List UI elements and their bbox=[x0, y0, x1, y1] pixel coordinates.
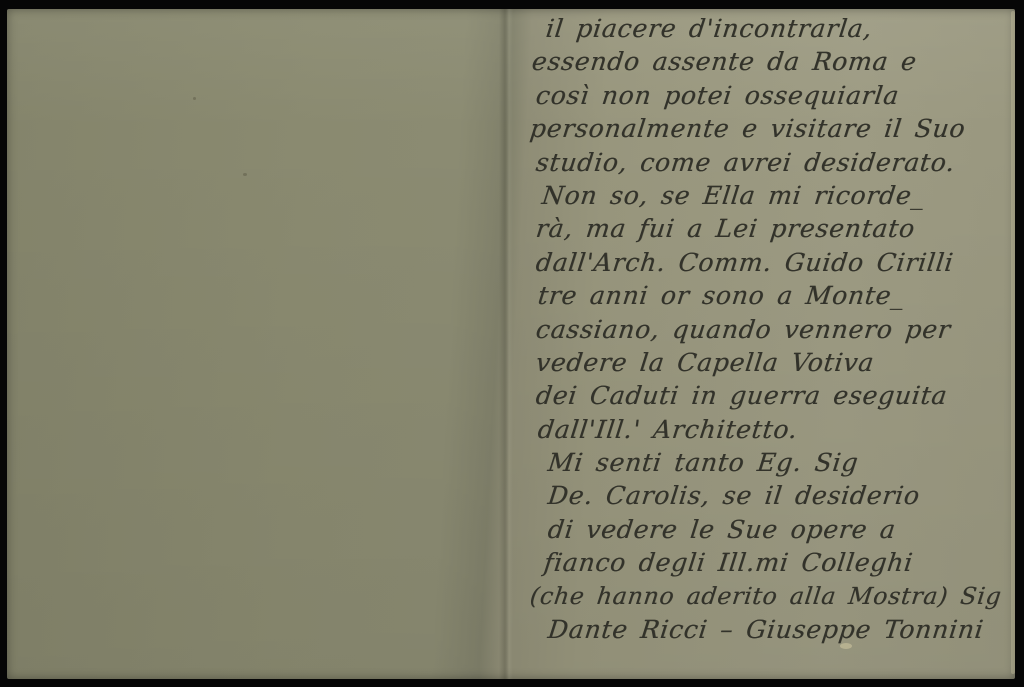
handwritten-line: Non so, se Ella mi ricorde_ bbox=[540, 179, 1024, 212]
handwritten-line: il piacere d'incontrarla, bbox=[544, 12, 1024, 45]
handwritten-line: vedere la Capella Votiva bbox=[534, 346, 1024, 379]
letter-spread: il piacere d'incontrarla, essendo assent… bbox=[7, 9, 1015, 679]
photo-frame: il piacere d'incontrarla, essendo assent… bbox=[0, 0, 1024, 687]
left-page-blank bbox=[7, 9, 505, 679]
handwritten-line: rà, ma fui a Lei presentato bbox=[534, 212, 1024, 245]
paper-speck bbox=[193, 97, 196, 100]
handwritten-line: tre anni or sono a Monte_ bbox=[536, 279, 1024, 312]
handwritten-line: studio, come avrei desiderato. bbox=[534, 146, 1024, 179]
paper-speck bbox=[243, 173, 247, 176]
handwritten-line: fianco degli Ill.mi Colleghi bbox=[542, 546, 1024, 579]
handwritten-line: (che hanno aderito alla Mostra) Sig bbox=[528, 580, 1024, 613]
handwritten-line: essendo assente da Roma e bbox=[530, 45, 1024, 78]
handwritten-letter-text: il piacere d'incontrarla, essendo assent… bbox=[528, 12, 1020, 646]
handwritten-line: cassiano, quando vennero per bbox=[534, 313, 1024, 346]
handwritten-line: di vedere le Sue opere a bbox=[546, 513, 1024, 546]
handwritten-line: dei Caduti in guerra eseguita bbox=[534, 379, 1024, 412]
handwritten-line: così non potei ossequiarla bbox=[534, 79, 1024, 112]
handwritten-line: dall'Ill.' Architetto. bbox=[536, 413, 1024, 446]
handwritten-line: De. Carolis, se il desiderio bbox=[546, 479, 1024, 512]
handwritten-line: personalmente e visitare il Suo bbox=[528, 112, 1024, 145]
handwritten-line: dall'Arch. Comm. Guido Cirilli bbox=[534, 246, 1024, 279]
handwritten-line: Mi senti tanto Eg. Sig bbox=[546, 446, 1024, 479]
handwritten-line: Dante Ricci – Giuseppe Tonnini bbox=[546, 613, 1024, 646]
